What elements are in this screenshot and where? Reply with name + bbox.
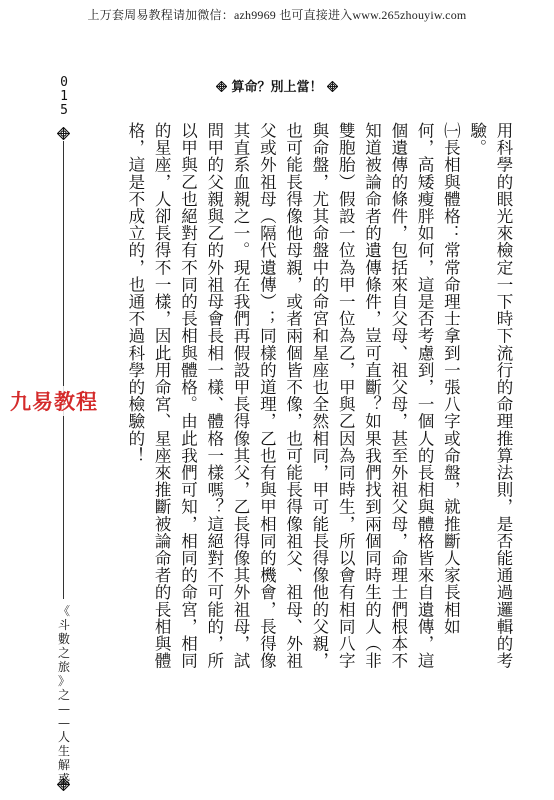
margin-rule [63,141,64,599]
text-column: 格，這是不成立的，也通不過科學的檢驗的！ [122,122,148,722]
running-title-char: 之 [57,646,71,660]
text-column: 與命盤，尤其命盤中的命宮和星座也全然相同，甲可能長得像他的父親， [306,122,332,722]
running-title-char: 人 [57,730,71,744]
running-title-char: 斗 [57,618,71,632]
running-title-char: 《 [57,604,71,618]
running-title-char: 生 [57,744,71,758]
running-title-char: — [57,702,71,716]
running-title-char: 數 [57,632,71,646]
text-column: 以甲與乙也絕對有不同的長相與體格。由此我們可知，相同的命宮，相同 [174,122,200,722]
text-column: 雙胞胎）假設一位為甲一位為乙，甲與乙因為同時生，所以會有相同八字 [332,122,358,722]
page-number-digit: 1 [57,90,71,104]
text-column: 何，高矮瘦胖如何，這是否考慮到，一個人的長相與體格皆來自遺傳，這 [411,122,437,722]
text-column: 個遺傳的條件，包括來自父母、祖父母，甚至外祖父母，命理士們根本不 [385,122,411,722]
running-title-char: 旅 [57,660,71,674]
running-title-char: 》 [57,674,71,688]
page-title: 算命？別上當！ [231,80,322,95]
text-column: 驗。 [463,122,489,722]
text-column: 問甲的父親與乙的外祖母會長相一樣、體格一樣嗎？這絕對不可能的，所 [200,122,226,722]
text-column: 用科學的眼光來檢定一下時下流行的命理推算法則，是否能通過邏輯的考 [490,122,516,722]
page-number-digit: 0 [57,76,71,90]
watermark-logo: 九易教程 [8,386,100,416]
text-column: 父或外祖母（隔代遺傳）；同樣的道理，乙也有與甲相同的機會，長得像 [253,122,279,722]
text-column: 知道被論命者的遺傳條件，豈可直斷？如果我們找到兩個同時生的人（非 [358,122,384,722]
diamond-cross-ornament-icon [327,81,338,92]
page-number: 0 1 5 [57,76,71,118]
text-column: ㈠長相與體格：常常命理士拿到一張八字或命盤，就推斷人家長相如 [437,122,463,722]
page-header: 算命？別上當！ [0,76,554,95]
page-number-digit: 5 [57,104,71,118]
text-column: 其直系血親之一。現在我們再假設甲長得像其父，乙長得像其外祖母，試 [227,122,253,722]
body-text: 用科學的眼光來檢定一下時下流行的命理推算法則，是否能通過邏輯的考 驗。 ㈠長相與… [122,122,516,722]
watermark-banner: 上万套周易教程请加微信：azh9969 也可直接进入www.265zhouyiw… [0,6,554,23]
text-column: 的星座，人卻長得不一樣，因此用命宮、星座來推斷被論命者的長相與體 [148,122,174,722]
running-title: 《 斗 數 之 旅 》 之 — — 人 生 解 惑 [57,604,71,786]
running-title-char: 解 [57,758,71,772]
diamond-cross-ornament-icon [57,778,70,791]
running-title-char: 之 [57,688,71,702]
text-column: 也可能長得像他母親，或者兩個皆不像，也可能長得像祖父、祖母、外祖 [279,122,305,722]
running-title-char: — [57,716,71,730]
diamond-cross-ornament-icon [57,127,70,140]
diamond-cross-ornament-icon [216,81,227,92]
